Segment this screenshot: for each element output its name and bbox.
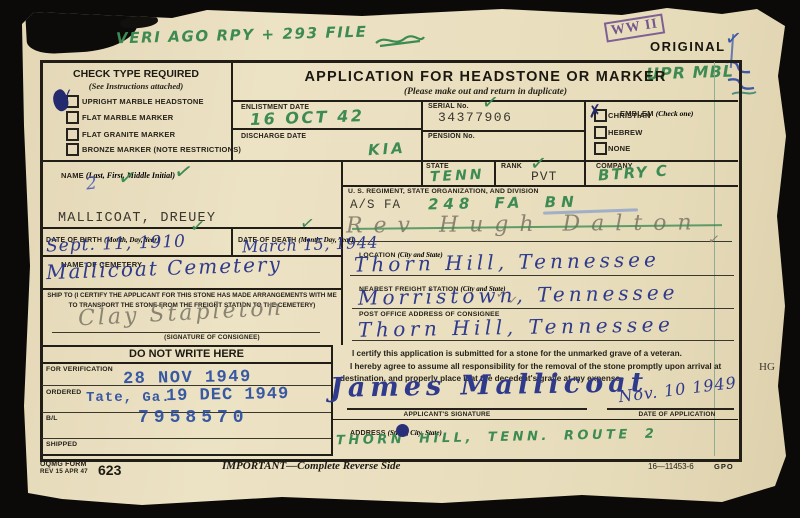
emblem-option-label: NONE xyxy=(608,144,630,153)
gpo-mark: GPO xyxy=(714,462,734,471)
grid-line xyxy=(333,419,738,420)
ordered-label: ORDERED xyxy=(46,389,81,396)
do-not-write-title: DO NOT WRITE HERE xyxy=(42,348,331,360)
serial-no-label: SERIAL No. xyxy=(428,103,469,110)
grid-line xyxy=(421,100,423,185)
check-mark: ✓ xyxy=(481,91,500,113)
rule-line xyxy=(350,241,732,242)
green-scribble xyxy=(374,32,426,50)
check-option-label: FLAT MARBLE MARKER xyxy=(82,113,173,122)
check-option-label: UPRIGHT MARBLE HEADSTONE xyxy=(82,97,204,106)
bl-number-stamp: 7958570 xyxy=(138,408,249,428)
form-name: OQMG FORM xyxy=(40,461,88,468)
pencil-check-mark: ✓ xyxy=(707,232,721,247)
check-mark: ✓ xyxy=(529,152,548,174)
original-label: ORIGINAL xyxy=(650,39,726,54)
form-number-block: OQMG FORM REV 15 APR 47 xyxy=(40,461,88,475)
consignee-signature-label: (SIGNATURE OF CONSIGNEE) xyxy=(122,334,302,341)
applicant-signature: James Mallicoat xyxy=(330,367,649,404)
pension-no-label: PENSION No. xyxy=(428,133,475,140)
grid-line xyxy=(423,130,584,132)
bl-label: B/L xyxy=(46,415,58,422)
enlistment-date-value: 16 OCT 42 xyxy=(250,106,365,129)
application-date-label: DATE OF APPLICATION xyxy=(617,411,737,418)
checkbox-hebrew xyxy=(594,126,607,139)
checkbox-bronze xyxy=(66,143,79,156)
check-type-subtitle: (See Instructions attached) xyxy=(50,81,222,91)
discharge-date-label: DISCHARGE DATE xyxy=(241,133,306,140)
grid-line xyxy=(494,160,496,185)
rule-line xyxy=(52,332,320,333)
check-mark: ✓ xyxy=(116,167,138,192)
checkbox-none xyxy=(594,142,607,155)
state-value: TENN xyxy=(430,167,485,186)
check-option-label: BRONZE MARKER (NOTE RESTRICTIONS) xyxy=(82,145,241,154)
checkbox-flat-granite xyxy=(66,128,79,141)
ordered-date-stamp: 19 DEC 1949 xyxy=(166,385,290,406)
discharge-date-value: KIA xyxy=(367,139,406,160)
rule-line xyxy=(607,408,734,410)
rule-line xyxy=(42,438,331,439)
print-code: 16—11453-6 xyxy=(648,462,694,471)
grid-line xyxy=(343,185,738,187)
regiment-typed-value: A/S FA xyxy=(350,198,401,212)
grid-line xyxy=(231,227,233,255)
check-type-title: CHECK TYPE REQUIRED xyxy=(50,68,222,80)
name-label-text: NAME xyxy=(61,171,84,180)
hg-print-mark: HG xyxy=(759,361,775,373)
ordered-place-stamp: Tate, Ga. xyxy=(86,390,171,406)
rank-label: RANK xyxy=(501,163,522,170)
important-note: IMPORTANT—Complete Reverse Side xyxy=(222,460,400,472)
check-mark: ✓ xyxy=(299,215,316,234)
emblem-option-label: HEBREW xyxy=(608,128,643,137)
verification-label: FOR VERIFICATION xyxy=(46,366,113,373)
emblem-option-label: CHRISTIAN xyxy=(608,111,651,120)
top-handwritten-note: VERI AGO RPY + 293 FILE xyxy=(116,23,368,48)
grid-line xyxy=(40,288,343,290)
pencil-check-mark: ✓ xyxy=(507,294,518,307)
emblem-label-note: (Check one) xyxy=(656,109,694,118)
ink-cross-mark: ✗ xyxy=(587,103,604,122)
certification-line1: I certify this application is submitted … xyxy=(352,349,744,358)
pencil-mark: 2 xyxy=(85,173,98,194)
grid-line xyxy=(40,160,738,162)
grid-line xyxy=(584,100,586,185)
checkbox-flat-marble xyxy=(66,111,79,124)
check-option-label: FLAT GRANITE MARKER xyxy=(82,130,175,139)
rule-line xyxy=(347,408,587,410)
serial-no-value: 34377906 xyxy=(438,110,512,125)
paper: VERI AGO RPY + 293 FILE WW II ORIGINAL ✓… xyxy=(22,6,788,508)
applicant-signature-label: APPLICANT'S SIGNATURE xyxy=(362,411,532,418)
pencil-check-mark: ✓ xyxy=(495,288,506,301)
grid-line xyxy=(40,362,333,364)
shipped-label: SHIPPED xyxy=(46,441,77,448)
ink-blot xyxy=(396,424,409,437)
form-number: 623 xyxy=(98,462,121,478)
check-mark: ✓ xyxy=(189,217,206,237)
scanned-document: VERI AGO RPY + 293 FILE WW II ORIGINAL ✓… xyxy=(0,0,800,518)
ledger-line xyxy=(714,62,715,456)
form-revision: REV 15 APR 47 xyxy=(40,468,88,475)
form-title: APPLICATION FOR HEADSTONE OR MARKER xyxy=(233,69,738,85)
